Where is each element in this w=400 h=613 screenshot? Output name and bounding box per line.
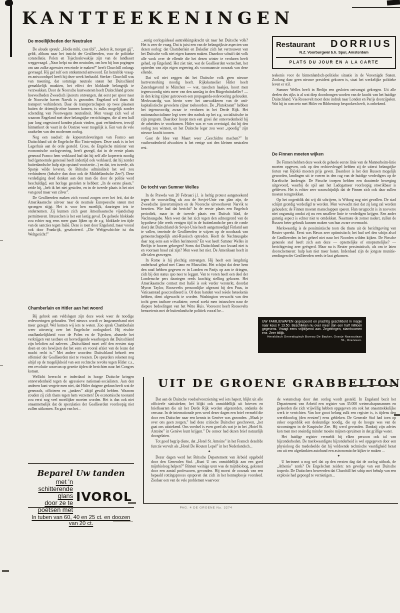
newspaper-page: KANTTEEKENINGEN De moeilijkheden der Neu… <box>0 0 400 613</box>
familiewapen-text: UW FAMILIEWAPEN opgespoord en prachtig g… <box>262 320 362 335</box>
paragraph: Dezer dagen werd het Britsche Departemen… <box>151 455 263 482</box>
grabbelton-heading: UIT DE GROENE GRABBELTON <box>158 376 400 390</box>
article-neutralen: De aloude spreuk: „Hodie mihi, cras tibi… <box>28 47 134 301</box>
paragraph: De aloude spreuk: „Hodie mihi, cras tibi… <box>28 47 134 134</box>
dorrius-address: N.Z. Voorburgwal b.h. Spui, Amsterdam <box>276 50 392 55</box>
dorrius-ad: Restaurant DORRIUS N.Z. Voorburgwal b.h.… <box>272 36 396 69</box>
paragraph: De Geallieerden maken zich vooral zorgen… <box>28 196 134 237</box>
familiewapen-ad: UW FAMILIEWAPEN opgespoord en prachtig g… <box>258 317 366 353</box>
paragraph: Merkwaardig is de pessimistische toon di… <box>272 226 396 258</box>
paragraph: Nog een raadsel: de koperertsleveringen … <box>28 135 134 195</box>
article-chamberlain-hitler: Bij gebrek aan veldslagen zijn deze week… <box>28 314 134 456</box>
paragraph: Op het oogenblik dat wij dit schrijven, … <box>272 198 396 225</box>
familiewapen-bureau: Heraldisch Genealogisch Bureau De Backer… <box>262 336 362 343</box>
section-heading-finnen: De Finnen moeten wijken <box>272 152 396 158</box>
paragraph: Dat wil niet zeggen dat het Duitsche vol… <box>141 76 248 136</box>
scan-dash-left-1 <box>0 240 3 241</box>
paragraph: Bij gebrek aan veldslagen zijn deze week… <box>28 314 134 374</box>
grabbelton-bottom-rule <box>143 503 398 504</box>
dorrius-restaurant-label: Restaurant <box>276 40 315 49</box>
paragraph: ...eenig oorlogsideaal aantrekkingskrach… <box>141 38 248 75</box>
article-continuation-col3: teekenis voor de binnenlandsch-politieke… <box>272 73 396 149</box>
grabbelton-column-left: Dat aan de Duitsche voedselvoorziening w… <box>151 397 263 501</box>
paragraph: Dat aan de Duitsche voedselvoorziening w… <box>151 397 263 438</box>
article-continuation-col2: ...eenig oorlogsideaal aantrekkingskrach… <box>141 38 248 179</box>
scan-dash-left-2 <box>0 365 3 366</box>
article-finnen: De Finnen hebben deze week de geheele ee… <box>272 160 396 314</box>
paragraph: In Rome is hij plechtig ontvangen. Hij h… <box>141 258 248 313</box>
scan-line-top-right <box>352 7 400 8</box>
paragraph: Tot goed begrip diene, dat „Hotel St. An… <box>151 439 263 448</box>
section-heading-neutralen: De moeilijkheden der Neutralen <box>28 39 134 45</box>
article-sumner-welles: In de Prawda van 20 Februari j.l. is hef… <box>141 193 248 375</box>
dorrius-divider <box>276 57 392 58</box>
paragraph: In de Prawda van 20 Februari j.l. is hef… <box>141 193 248 257</box>
paragraph: U herinnert u nog wel dat op den eersten… <box>277 459 396 477</box>
ivorol-slogan: met 'n schitterende glans door ze te poe… <box>30 479 73 514</box>
grabbelton-left-border <box>143 377 144 504</box>
paragraph: Het huidige register vermeldt bij elken … <box>277 435 396 453</box>
ivorol-headline: Beparel Uw tanden <box>30 468 132 478</box>
paragraph: Wellicht heerscht er inderdaad in hooge … <box>28 375 134 412</box>
paragraph: de wetenschap door den oorlog wordt gest… <box>277 397 396 434</box>
page-footer: PAG. 4 DE GROENE No. 3274 <box>146 506 266 511</box>
ivorol-footnote: In tuben van 60, 40 en 25 ct. en doozen … <box>30 515 132 527</box>
dorrius-name: DORRIUS <box>330 39 392 50</box>
grabbelton-column-right: de wetenschap door den oorlog wordt gest… <box>277 397 396 501</box>
section-heading-sumner-welles: De tocht van Sumner Welles <box>141 185 248 191</box>
ivorol-ad: Beparel Uw tanden met 'n schitterende gl… <box>30 468 132 506</box>
paragraph: Sumner Welles heeft in Berlijn een geslo… <box>272 88 396 106</box>
diamond-separator: ✦ <box>277 454 396 459</box>
section-heading-chamberlain-hitler: Chamberlain en Hitler aan het woord <box>28 306 134 312</box>
scan-blob-top-right <box>387 0 400 5</box>
grabbelton-heading-rule <box>349 385 397 386</box>
page-title: KANTTEEKENINGEN <box>22 9 274 29</box>
dorrius-menu-line: PLATS DU JOUR EN À LA CARTE <box>276 60 392 65</box>
ad-rule-bottom <box>28 507 134 508</box>
paragraph: De Finnen hebben deze week de geheele ee… <box>272 160 396 197</box>
paragraph: Gaat de Idee van Maart weer „Geschichte … <box>141 136 248 150</box>
scan-dash-bottom-left <box>2 570 9 572</box>
scan-line-left-edge <box>10 0 12 57</box>
paragraph: teekenis voor de binnenlandsch-politieke… <box>272 73 396 87</box>
ivorol-brand: IVOROL <box>76 489 132 504</box>
ad-rule-top <box>28 463 134 464</box>
diamond-separator: ✦ <box>151 449 263 454</box>
